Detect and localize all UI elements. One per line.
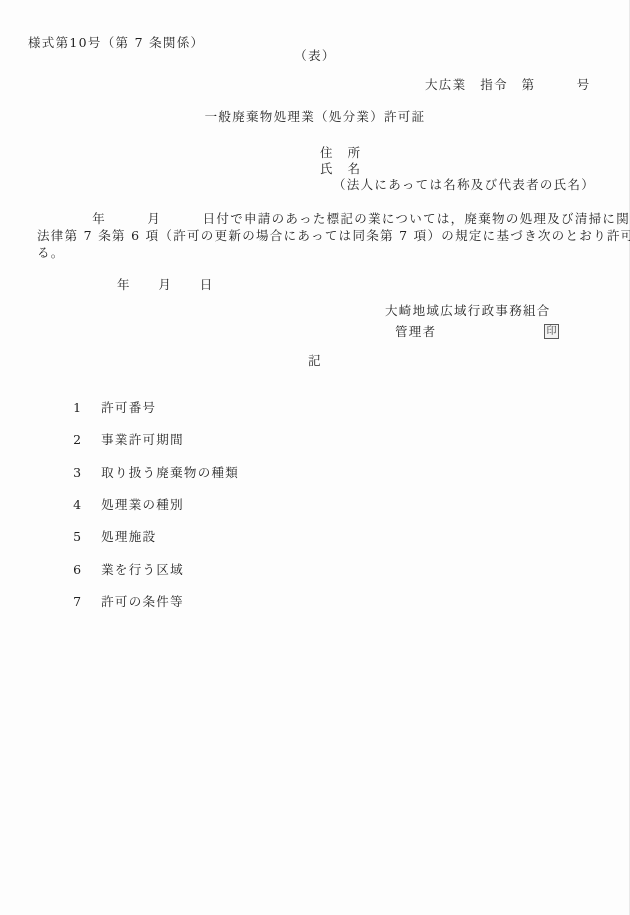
item-label: 事業許可期間 [101,432,184,447]
issue-date-line: 年 月 日 [117,279,214,292]
face-side-label: （表） [0,50,630,63]
list-item: 5処理施設 [52,518,156,556]
form-number: 様式第10号（第 7 条関係） [28,37,204,50]
item-label: 許可番号 [101,400,156,415]
document-page: 様式第10号（第 7 条関係） （表） 大広業 指令 第 号 一般廃棄物処理業（… [0,0,630,915]
body-paragraph: 年 月 日付で申請のあった標記の業については，廃棄物の処理及び清掃に関する 法律… [37,211,630,261]
item-label: 処理施設 [101,529,156,544]
body-line-3: る。 [37,245,65,260]
list-item: 7許可の条件等 [52,583,184,621]
body-line-2: 法律第 7 条第 6 項（許可の更新の場合にあっては同条第 7 項）の規定に基づ… [37,228,630,243]
item-number: 3 [73,467,101,480]
address-label: 住 所 [320,147,361,160]
item-number: 2 [73,434,101,447]
issuer-role-label: 管理者 [395,326,436,339]
document-title: 一般廃棄物処理業（処分業）許可証 [0,111,630,124]
item-number: 6 [73,564,101,577]
item-number: 5 [73,531,101,544]
item-number: 1 [73,402,101,415]
directive-number-line: 大広業 指令 第 号 [425,79,591,92]
item-label: 許可の条件等 [101,594,184,609]
item-label: 業を行う区域 [101,562,184,577]
issuer-organization: 大崎地域広域行政事務組合 [385,305,551,318]
name-label: 氏 名 [320,163,361,176]
item-number: 7 [73,596,101,609]
item-number: 4 [73,499,101,512]
body-line-1: 年 月 日付で申請のあった標記の業については，廃棄物の処理及び清掃に関する [37,211,630,226]
seal-placeholder-icon: 印 [544,324,559,339]
list-item: 2事業許可期間 [52,421,184,459]
item-label: 取り扱う廃棄物の種類 [101,465,239,480]
item-label: 処理業の種別 [101,497,184,512]
corporate-name-note: （法人にあっては名称及び代表者の氏名） [333,179,595,192]
list-heading-ki: 記 [0,355,630,368]
